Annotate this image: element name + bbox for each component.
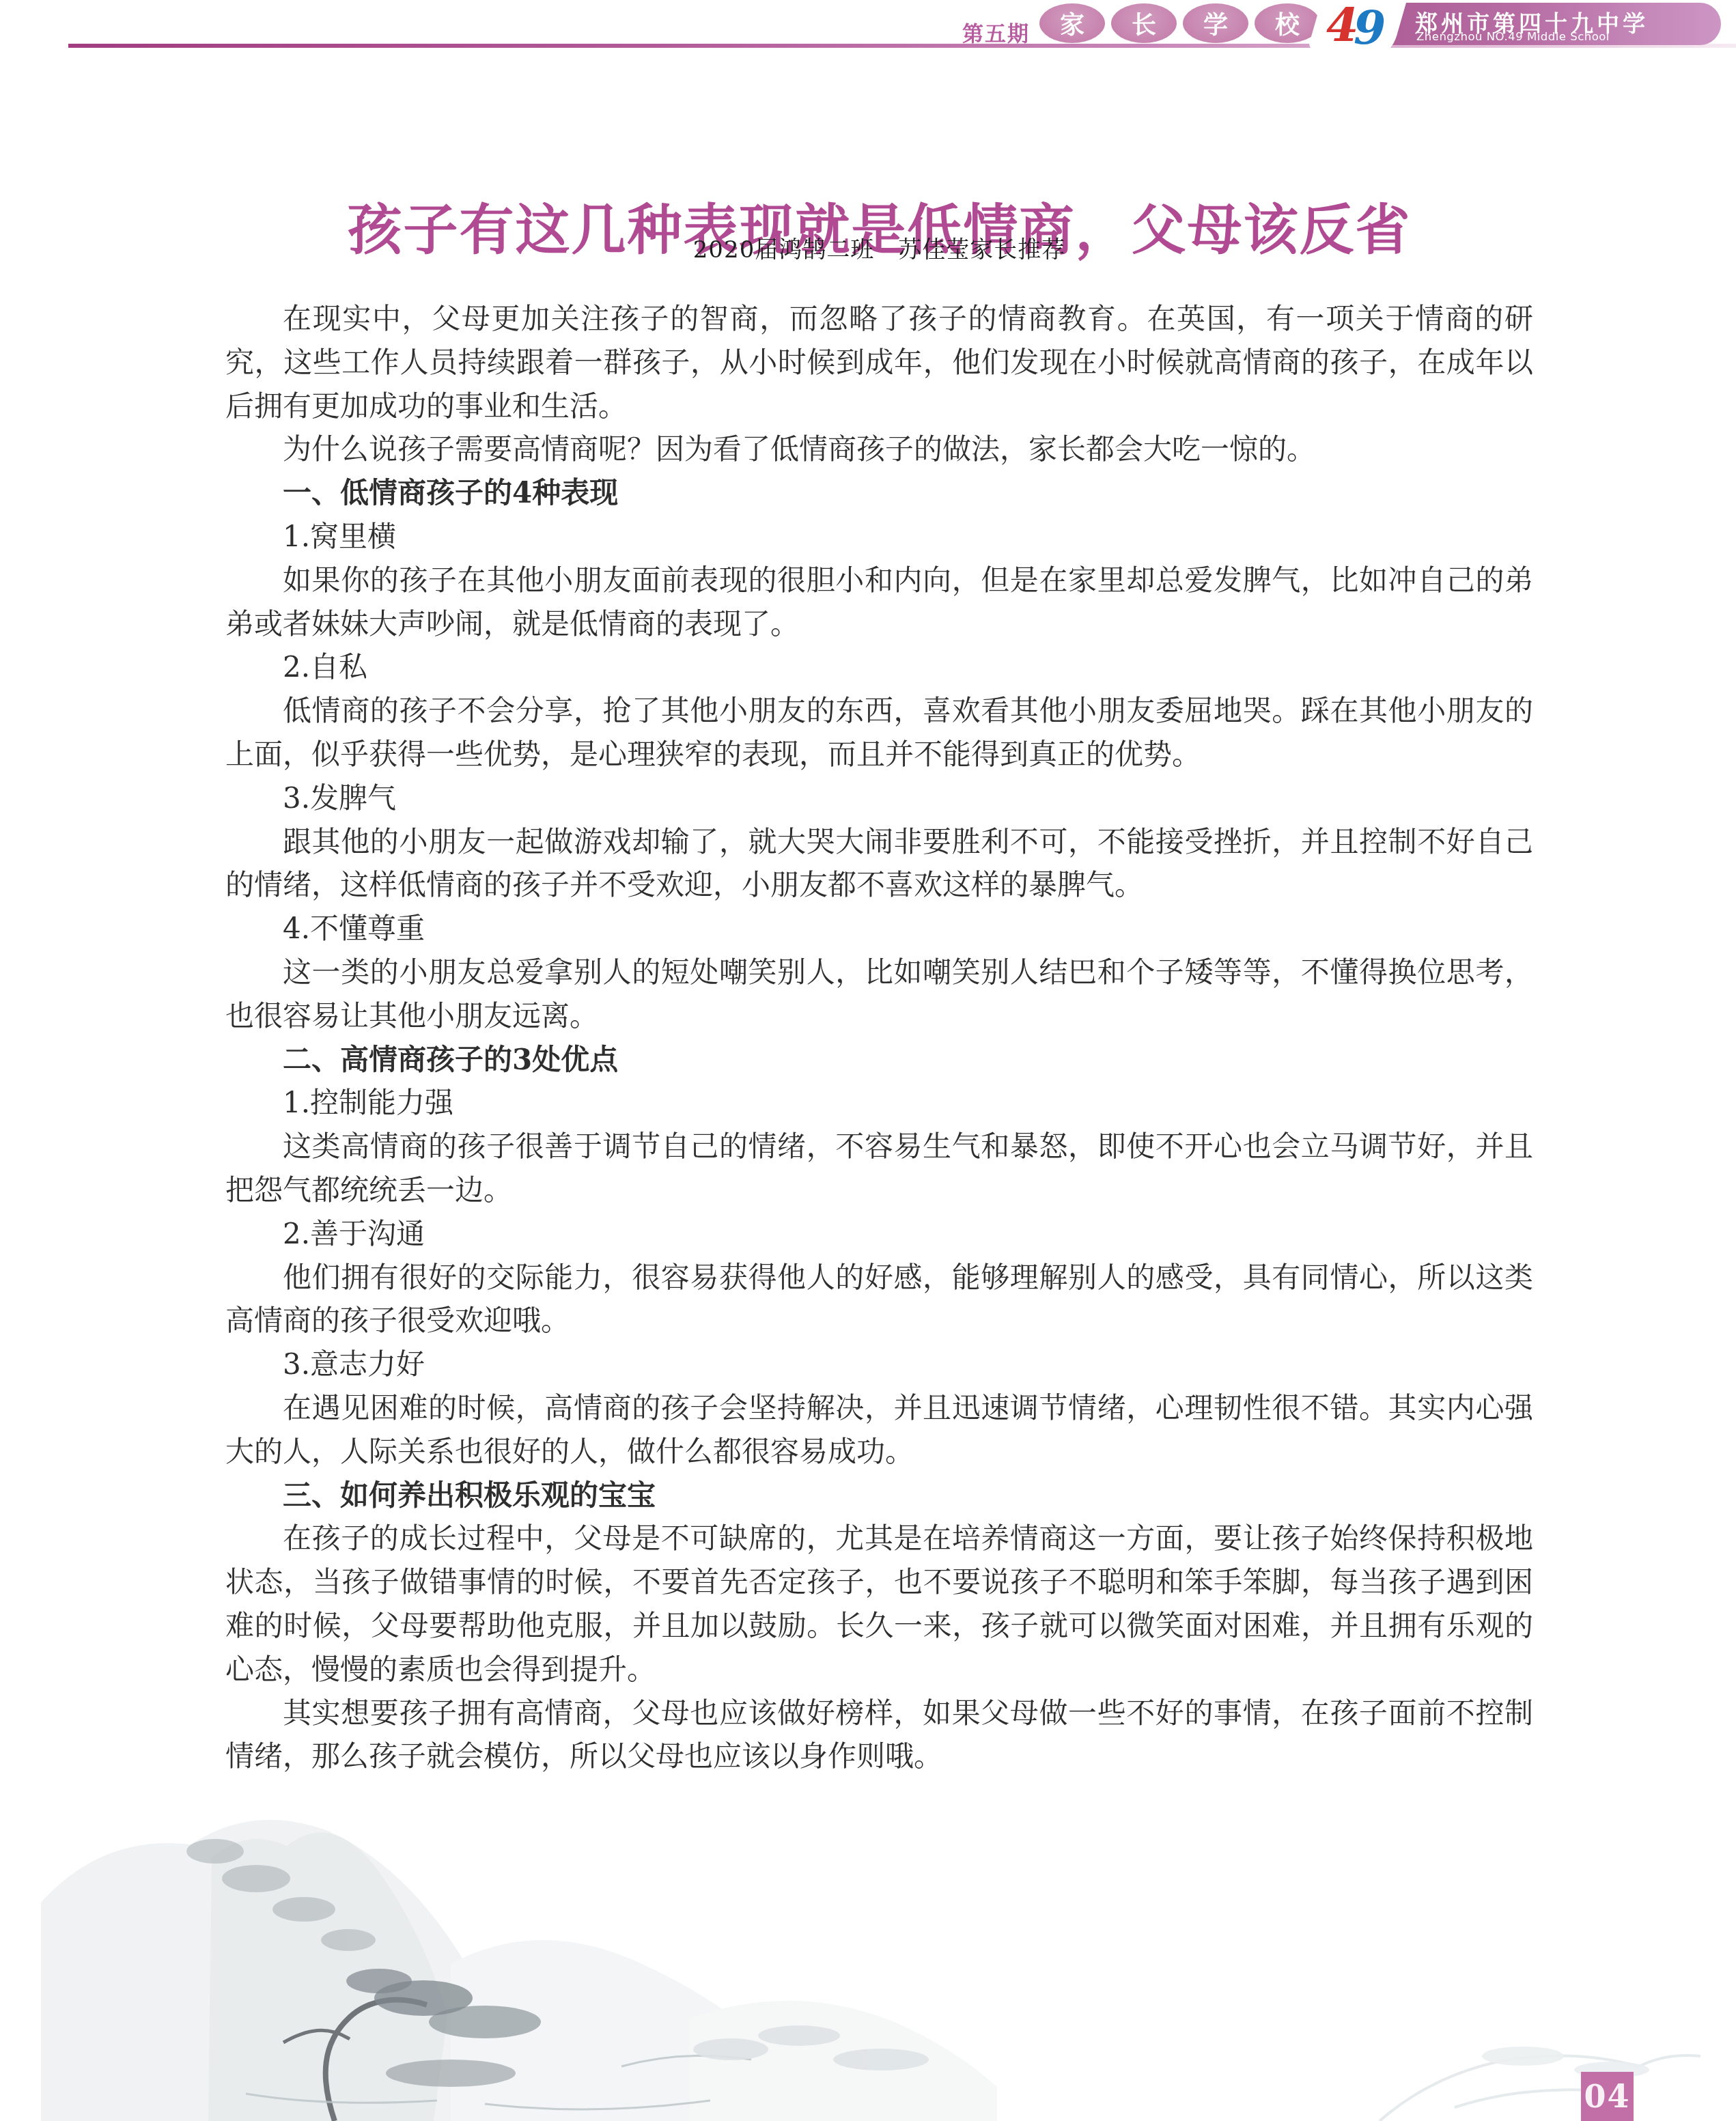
ink-landscape-watermark (41, 1793, 997, 2121)
paragraph: 这类高情商的孩子很善于调节自己的情绪，不容易生气和暴怒，即使不开心也会立马调节好… (225, 1125, 1533, 1212)
badge-xiao-label: 校 (1275, 6, 1300, 41)
paragraph: 3.发脾气 (225, 776, 1533, 820)
paragraph: 在孩子的成长过程中，父母是不可缺席的，尤其是在培养情商这一方面，要让孩子始终保持… (225, 1517, 1533, 1691)
paragraph: 其实想要孩子拥有高情商，父母也应该做好榜样，如果父母做一些不好的事情，在孩子面前… (225, 1691, 1533, 1779)
logo-digit-9: 9 (1354, 1, 1386, 46)
paragraph: 这一类的小朋友总爱拿别人的短处嘲笑别人，比如嘲笑别人结巴和个子矮等等，不懂得换位… (225, 951, 1533, 1038)
paragraph: 4.不懂尊重 (225, 907, 1533, 951)
section-heading: 三、如何养出积极乐观的宝宝 (225, 1474, 1533, 1517)
paragraph: 他们拥有很好的交际能力，很容易获得他人的好感，能够理解别人的感受，具有同情心，所… (225, 1256, 1533, 1343)
badge-zhang-label: 长 (1132, 6, 1156, 41)
badge-jia: 家 (1039, 3, 1105, 43)
page-number: 04 (1584, 2078, 1630, 2115)
school-49-logo-icon: 4 9 (1326, 1, 1401, 46)
paragraph: 3.意志力好 (225, 1343, 1533, 1386)
section-heading: 二、高情商孩子的3处优点 (225, 1038, 1533, 1082)
paragraph: 跟其他的小朋友一起做游戏却输了，就大哭大闹非要胜利不可，不能接受挫折，并且控制不… (225, 820, 1533, 908)
newsletter-page: 第五期 家 长 学 校 4 9 郑州市第四十九中学 Zhengzhou NO.4… (0, 0, 1736, 2121)
paragraph: 如果你的孩子在其他小朋友面前表现的很胆小和内向，但是在家里却总爱发脾气，比如冲自… (225, 559, 1533, 646)
article-body: 在现实中，父母更加关注孩子的智商，而忽略了孩子的情商教育。在英国，有一项关于情商… (225, 297, 1533, 1778)
paragraph: 2.善于沟通 (225, 1212, 1533, 1256)
badge-jia-label: 家 (1060, 6, 1084, 41)
issue-label: 第五期 (955, 16, 1030, 47)
paragraph: 1.窝里横 (225, 515, 1533, 559)
badge-zhang: 长 (1111, 3, 1177, 43)
badge-xue-label: 学 (1203, 6, 1228, 41)
paragraph: 在遇见困难的时候，高情商的孩子会坚持解决，并且迅速调节情绪，心理韧性很不错。其实… (225, 1386, 1533, 1474)
paragraph: 1.控制能力强 (225, 1081, 1533, 1125)
paragraph: 低情商的孩子不会分享，抢了其他小朋友的东西，喜欢看其他小朋友委屈地哭。踩在其他小… (225, 689, 1533, 776)
page-number-box: 04 (1581, 2072, 1634, 2121)
section-heading: 一、低情商孩子的4种表现 (225, 471, 1533, 515)
paragraph: 在现实中，父母更加关注孩子的智商，而忽略了孩子的情商教育。在英国，有一项关于情商… (225, 297, 1533, 427)
faint-branch-watermark (1352, 1971, 1735, 2121)
badge-xue: 学 (1183, 3, 1248, 43)
article-byline: 2020届鸿鹄二班 苏佳莹家长推荐 (225, 231, 1533, 264)
school-name-english: Zhengzhou NO.49 Middle School (1416, 30, 1717, 43)
paragraph: 2.自私 (225, 645, 1533, 689)
paragraph: 为什么说孩子需要高情商呢？因为看了低情商孩子的做法，家长都会大吃一惊的。 (225, 427, 1533, 471)
